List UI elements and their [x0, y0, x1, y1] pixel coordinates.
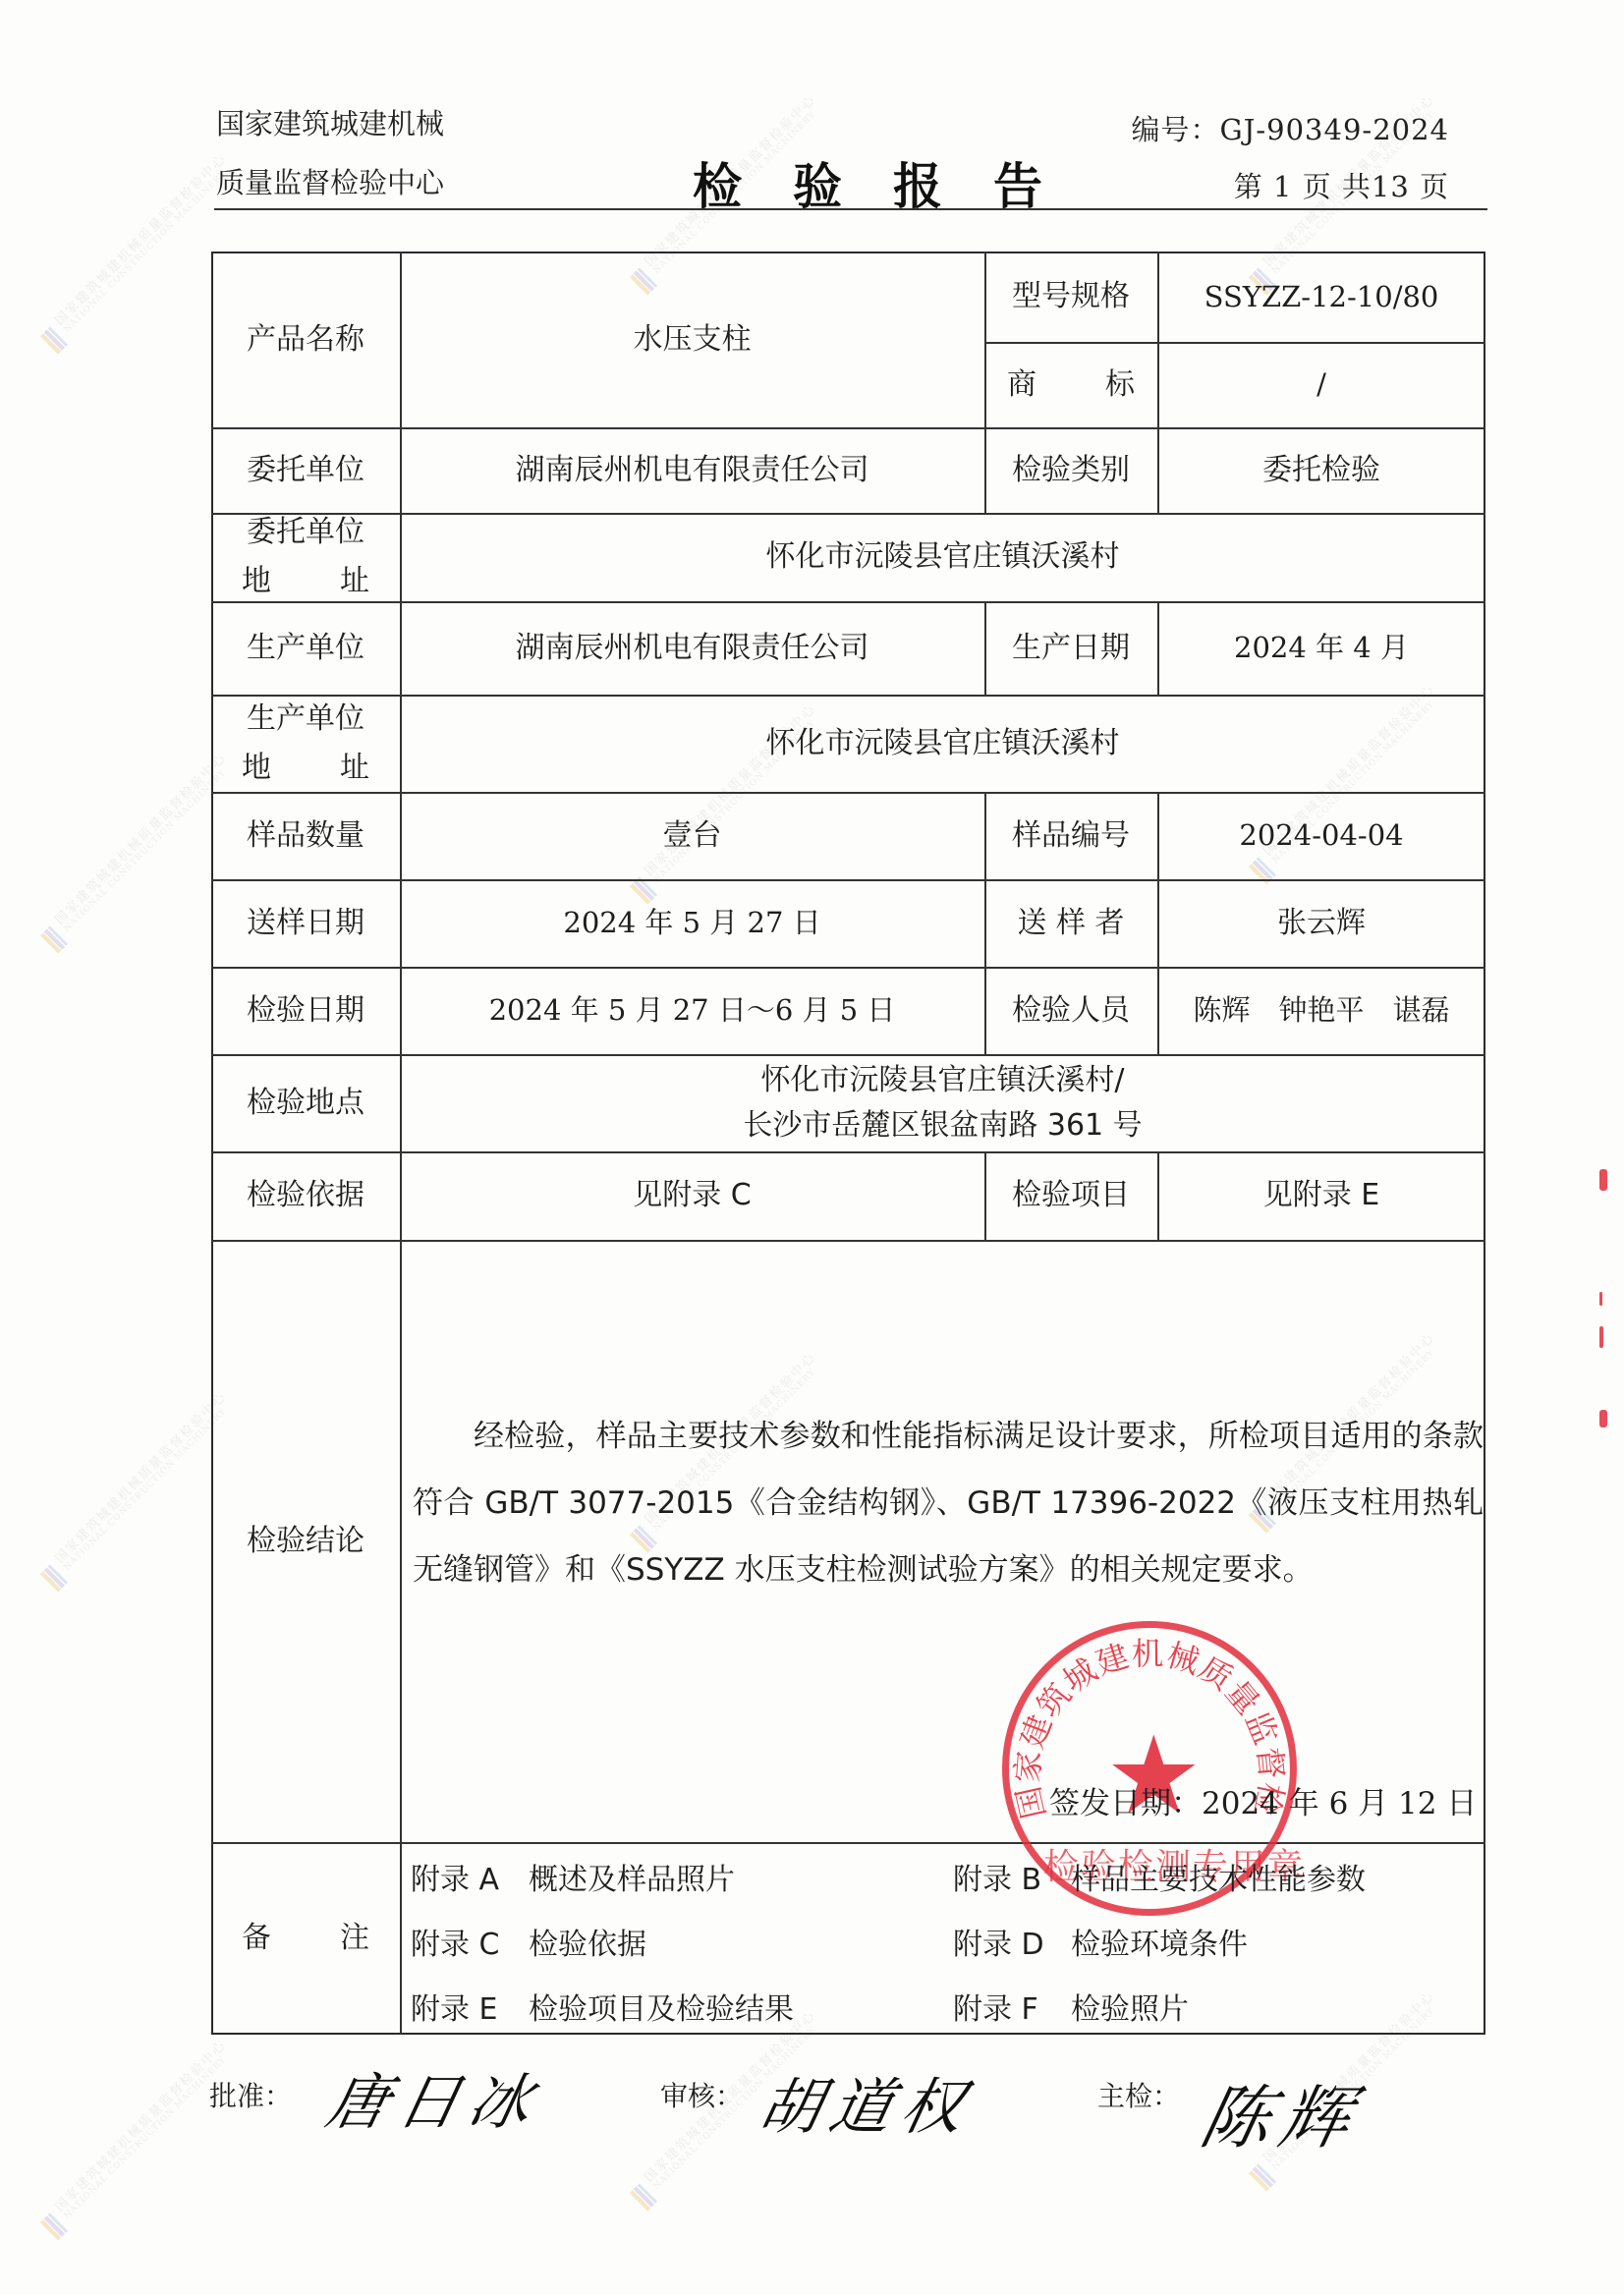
label-manufacturer-address-char2: 址 — [340, 744, 369, 793]
report-number: 编号：GJ-90349-2024 — [1132, 108, 1449, 148]
label-trademark-char1: 商 — [1007, 367, 1036, 403]
approve-label: 批准： — [209, 2075, 292, 2114]
label-trademark: 商标 — [984, 342, 1157, 427]
seam-stamp-fragment — [1599, 1169, 1607, 1191]
appendix-title: 概述及样品照片 — [529, 1863, 735, 1897]
label-inspection-date: 检验日期 — [211, 967, 400, 1054]
label-sample-quantity: 样品数量 — [211, 792, 400, 879]
issue-date: 签发日期：2024 年 6 月 12 日 — [1049, 1778, 1477, 1822]
appendix-item: 附录 E检验项目及检验结果 — [411, 1985, 794, 2028]
watermark: 国家建筑城建机械质量监督检验中心NATIONAL CONSTRUCTION MA… — [34, 1429, 201, 1596]
appendix-title: 样品主要技术性能参数 — [1071, 1863, 1366, 1897]
appendix-title: 检验照片 — [1071, 1992, 1189, 2027]
value-manufacturer: 湖南辰州机电有限责任公司 — [400, 601, 984, 695]
org-name-line1: 国家建筑城建机械 — [216, 102, 444, 142]
label-manufacturer: 生产单位 — [211, 601, 400, 695]
appendix-title: 检验依据 — [529, 1928, 646, 1962]
appendix-item: 附录 C检验依据 — [411, 1920, 646, 1963]
report-number-label: 编号： — [1132, 113, 1220, 146]
value-sample-quantity: 壹台 — [400, 792, 984, 879]
chief-inspector-signature: 陈辉 — [1193, 2063, 1371, 2162]
value-deliverer: 张云辉 — [1157, 879, 1485, 967]
review-signature: 胡道权 — [753, 2058, 983, 2146]
approve-signature: 唐日冰 — [320, 2053, 551, 2141]
appendix-item: 附录 B样品主要技术性能参数 — [953, 1855, 1366, 1898]
review-label: 审核： — [660, 2075, 743, 2114]
label-inspectors: 检验人员 — [984, 967, 1157, 1054]
appendix-code: 附录 D — [953, 1920, 1071, 1963]
value-model: SSYZZ-12-10/80 — [1157, 252, 1485, 342]
value-inspection-type: 委托检验 — [1157, 427, 1485, 513]
label-remarks-char2: 注 — [340, 1921, 369, 1956]
value-inspectors: 陈辉 钟艳平 谌磊 — [1157, 967, 1485, 1054]
appendix-code: 附录 F — [953, 1985, 1071, 2028]
label-sample-number: 样品编号 — [984, 792, 1157, 879]
row-divider — [211, 1842, 1485, 1844]
watermark: 国家建筑城建机械质量监督检验中心NATIONAL CONSTRUCTION MA… — [34, 791, 201, 958]
appendix-item: 附录 F检验照片 — [953, 1985, 1189, 2028]
label-manufacturer-address-char1: 地 — [242, 744, 271, 793]
value-client-address: 怀化市沅陵县官庄镇沃溪村 — [400, 513, 1485, 601]
label-location: 检验地点 — [211, 1054, 400, 1151]
label-conclusion: 检验结论 — [211, 1240, 400, 1842]
chief-inspector-label: 主检： — [1097, 2075, 1180, 2114]
value-location: 怀化市沅陵县官庄镇沃溪村/ 长沙市岳麓区银盆南路 361 号 — [400, 1054, 1485, 1151]
label-manufacturer-address: 生产单位 地址 — [211, 695, 400, 792]
watermark: 国家建筑城建机械质量监督检验中心NATIONAL CONSTRUCTION MA… — [34, 2078, 201, 2245]
row-divider — [211, 1240, 1485, 1242]
value-items: 见附录 E — [1157, 1151, 1485, 1240]
label-client-address-char2: 址 — [340, 557, 369, 606]
seam-stamp-fragment — [1599, 1410, 1607, 1427]
appendix-code: 附录 E — [411, 1985, 529, 2028]
value-inspection-date: 2024 年 5 月 27 日～6 月 5 日 — [400, 967, 984, 1054]
value-location-line2: 长沙市岳麓区银盆南路 361 号 — [743, 1103, 1142, 1148]
value-trademark: / — [1157, 342, 1485, 427]
seam-stamp-fragment — [1599, 1292, 1602, 1306]
appendix-item: 附录 D检验环境条件 — [953, 1920, 1248, 1963]
value-sample-number: 2024-04-04 — [1157, 792, 1485, 879]
appendix-code: 附录 C — [411, 1920, 529, 1963]
value-client: 湖南辰州机电有限责任公司 — [400, 427, 984, 513]
appendix-title: 检验环境条件 — [1071, 1928, 1248, 1962]
label-production-date: 生产日期 — [984, 601, 1157, 695]
label-inspection-type: 检验类别 — [984, 427, 1157, 513]
report-number-value: GJ-90349-2024 — [1220, 113, 1449, 146]
appendix-title: 检验项目及检验结果 — [529, 1992, 794, 2027]
value-manufacturer-address: 怀化市沅陵县官庄镇沃溪村 — [400, 695, 1485, 792]
label-client: 委托单位 — [211, 427, 400, 513]
appendix-code: 附录 A — [411, 1855, 529, 1898]
value-basis: 见附录 C — [400, 1151, 984, 1240]
label-client-address-line1: 委托单位 — [247, 508, 364, 557]
header-rule — [214, 208, 1487, 210]
appendix-item: 附录 A概述及样品照片 — [411, 1855, 735, 1898]
label-basis: 检验依据 — [211, 1151, 400, 1240]
conclusion-paragraph: 经检验，样品主要技术参数和性能指标满足设计要求，所检项目适用的条款符合 GB/T… — [413, 1403, 1484, 1603]
label-client-address: 委托单位 地址 — [211, 513, 400, 601]
label-client-address-char1: 地 — [242, 557, 271, 606]
seam-stamp-fragment — [1599, 1326, 1603, 1348]
org-name-line2: 质量监督检验中心 — [216, 161, 444, 201]
label-model: 型号规格 — [984, 252, 1157, 342]
label-trademark-char2: 标 — [1105, 367, 1135, 403]
label-deliverer: 送 样 者 — [984, 879, 1157, 967]
conclusion-text: 经检验，样品主要技术参数和性能指标满足设计要求，所检项目适用的条款符合 GB/T… — [413, 1403, 1484, 1603]
label-product-name: 产品名称 — [211, 252, 400, 427]
value-product-name: 水压支柱 — [400, 252, 984, 427]
label-delivery-date: 送样日期 — [211, 879, 400, 967]
value-production-date: 2024 年 4 月 — [1157, 601, 1485, 695]
watermark: 国家建筑城建机械质量监督检验中心NATIONAL CONSTRUCTION MA… — [34, 192, 201, 359]
value-delivery-date: 2024 年 5 月 27 日 — [400, 879, 984, 967]
appendix-code: 附录 B — [953, 1855, 1071, 1898]
label-remarks-char1: 备 — [242, 1921, 271, 1956]
page-info: 第 1 页 共13 页 — [1234, 165, 1449, 205]
label-remarks: 备注 — [211, 1842, 400, 2035]
label-items: 检验项目 — [984, 1151, 1157, 1240]
label-manufacturer-address-line1: 生产单位 — [247, 695, 364, 744]
value-location-line1: 怀化市沅陵县官庄镇沃溪村/ — [760, 1058, 1124, 1103]
